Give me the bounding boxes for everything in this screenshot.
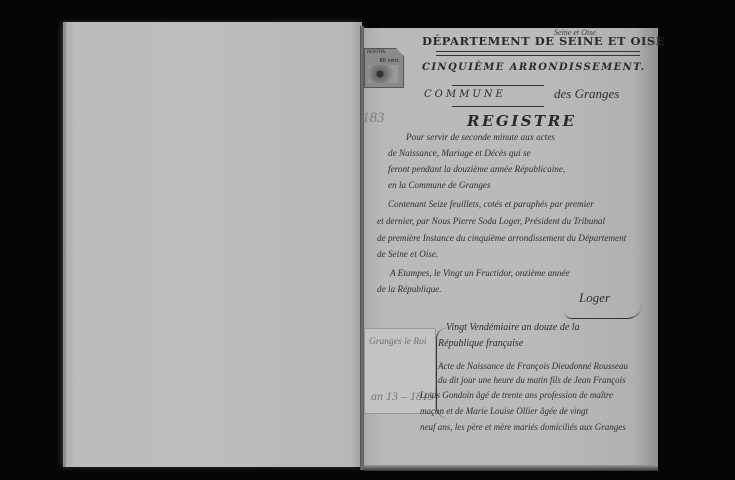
page-bottom-shadow — [364, 465, 658, 471]
stamp-emblem-icon — [368, 65, 398, 83]
entry-line: neuf ans, les père et mère mariés domici… — [420, 422, 626, 432]
body-line: en la Commune de Granges — [388, 180, 491, 190]
body-line: A Etampes, le Vingt un Fructidor, onzièm… — [390, 268, 570, 278]
pencil-page-number: 183 — [362, 110, 385, 127]
header-rule-top — [452, 85, 544, 86]
body-line: de Seine et Oise. — [377, 249, 438, 259]
right-page: DÉPARTEMENT DE SEINE ET OISE Seine et Oi… — [364, 28, 658, 470]
commune-value: des Granges — [554, 86, 619, 102]
entry-line: Acte de Naissance de François Dieudonné … — [438, 361, 628, 371]
header-double-rule — [436, 51, 640, 56]
department-heading: DÉPARTEMENT DE SEINE ET OISE — [422, 34, 665, 48]
body-line: et dernier, par Nous Pierre Soda Loger, … — [377, 216, 605, 226]
body-line: de Naissance, Mariage et Décès qui se — [388, 148, 531, 158]
body-line: Pour servir de seconde minute aux actes — [406, 132, 555, 142]
registre-title: REGISTRE — [467, 112, 577, 130]
entry-heading-line: République française — [438, 338, 523, 349]
left-page-edge — [63, 22, 66, 467]
arrondissement-heading: CINQUIÈME ARRONDISSEMENT. — [422, 62, 646, 73]
entry-heading-line: Vingt Vendémiaire an douze de la — [446, 322, 580, 333]
stamp-value-text: 80 cent. — [380, 58, 401, 64]
entry-line: Louis Gondoin âgé de trente ans professi… — [420, 390, 613, 400]
body-line: feront pendant la douzième année Républi… — [388, 164, 565, 174]
margin-place-note: Granges le Roi — [369, 337, 427, 347]
tax-stamp: REP.FRA. 80 cent. — [364, 48, 404, 88]
header-rule-bottom — [452, 106, 544, 107]
body-line: Contenant Seize feuillets, cotés et para… — [388, 199, 594, 209]
entry-line: du dit jour une heure du matin fils de J… — [438, 375, 626, 385]
department-handwritten-note: Seine et Oise — [554, 28, 596, 37]
body-line: de la République. — [377, 284, 442, 294]
margin-annotation-box: Granges le Roi an 13 – 1813 — [364, 328, 436, 414]
left-page-blank — [63, 22, 362, 467]
entry-line: maçon et de Marie Louise Ollier âgée de … — [420, 406, 588, 416]
commune-label: COMMUNE — [424, 89, 506, 100]
body-line: de première Instance du cinquième arrond… — [377, 233, 626, 243]
stamp-top-text: REP.FRA. — [367, 50, 386, 55]
signature-flourish — [564, 304, 642, 319]
